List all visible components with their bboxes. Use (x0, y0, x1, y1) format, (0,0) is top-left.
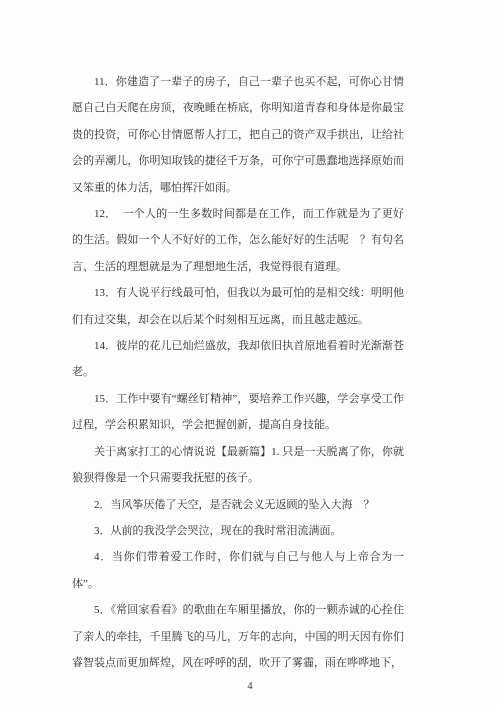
paragraph-item-2: 2．当风筝厌倦了天空，是否就会义无返顾的坠入大海 ？ (72, 492, 404, 518)
paragraph-item-13: 13．有人说平行线最可怕，但我以为最可怕的是相交线：明明他们有过交集，却会在以后… (72, 280, 404, 333)
paragraph-item-3: 3．从前的我没学会哭泣，现在的我时常泪流满面。 (72, 518, 404, 544)
paragraph-item-4: 4．当你们带着爱工作时，你们就与自己与他人与上帝合为一体”。 (72, 544, 404, 597)
paragraph-item-15: 15．工作中要有“螺丝钉精神”，要培养工作兴趣，学会享受工作过程，学会积累知识，… (72, 386, 404, 439)
paragraph-item-12: 12． 一个人的一生多数时间都是在工作，而工作就是为了更好的生活。假如一个人不好… (72, 201, 404, 280)
document-page: 11．你建造了一辈子的房子，自己一辈子也买不起，可你心甘情愿自己白天爬在房顶，夜… (0, 0, 500, 708)
paragraph-section-heading-item-1: 关于离家打工的心情说说【最新篇】1. 只是一天脱离了你，你就狼狈得像是一个只需要… (72, 439, 404, 492)
paragraph-item-14: 14．彼岸的花儿已灿烂盛放，我却依旧执首原地看着时光渐渐苍老。 (72, 333, 404, 386)
page-number: 4 (0, 680, 500, 694)
text-block: 11．你建造了一辈子的房子，自己一辈子也买不起，可你心甘情愿自己白天爬在房顶，夜… (0, 0, 500, 676)
paragraph-item-11: 11．你建造了一辈子的房子，自己一辈子也买不起，可你心甘情愿自己白天爬在房顶，夜… (72, 69, 404, 201)
paragraph-item-5: 5．《常回家看看》的歌曲在车厢里播放，你的一颗赤诚的心拴住了亲人的牵挂，千里腾飞… (72, 597, 404, 676)
